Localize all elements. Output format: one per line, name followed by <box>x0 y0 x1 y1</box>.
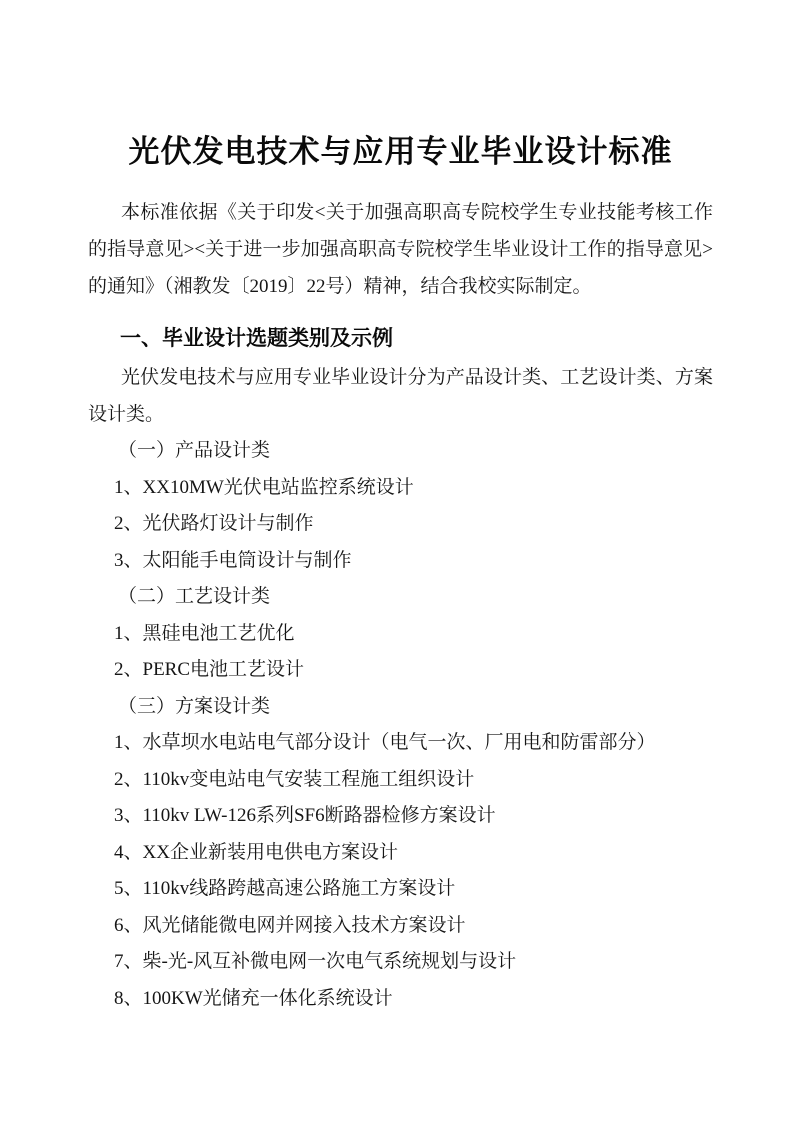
list-item: 3、110kv LW-126系列SF6断路器检修方案设计 <box>88 798 713 835</box>
list-item: 1、水草坝水电站电气部分设计（电气一次、厂用电和防雷部分） <box>88 725 713 762</box>
section-intro-paragraph: 光伏发电技术与应用专业毕业设计分为产品设计类、工艺设计类、方案设计类。 <box>88 359 713 433</box>
category-label: （二）工艺设计类 <box>88 579 713 616</box>
list-item: 2、PERC电池工艺设计 <box>88 652 713 689</box>
list-item: 8、100KW光储充一体化系统设计 <box>88 981 713 1018</box>
list-item: 2、光伏路灯设计与制作 <box>88 506 713 543</box>
list-item: 1、黑硅电池工艺优化 <box>88 616 713 653</box>
list-item: 6、风光储能微电网并网接入技术方案设计 <box>88 908 713 945</box>
list-item: 7、柴-光-风互补微电网一次电气系统规划与设计 <box>88 944 713 981</box>
category-label: （三）方案设计类 <box>88 689 713 726</box>
intro-paragraph: 本标准依据《关于印发<关于加强高职高专院校学生专业技能考核工作的指导意见><关于… <box>88 194 713 305</box>
category-label: （一）产品设计类 <box>88 433 713 470</box>
document-title: 光伏发电技术与应用专业毕业设计标准 <box>88 130 713 174</box>
list-item: 5、110kv线路跨越高速公路施工方案设计 <box>88 871 713 908</box>
list-item: 1、XX10MW光伏电站监控系统设计 <box>88 470 713 507</box>
document-page: 光伏发电技术与应用专业毕业设计标准 本标准依据《关于印发<关于加强高职高专院校学… <box>0 0 793 1122</box>
list-item: 3、太阳能手电筒设计与制作 <box>88 543 713 580</box>
category-product-design: （一）产品设计类 1、XX10MW光伏电站监控系统设计 2、光伏路灯设计与制作 … <box>88 433 713 579</box>
section-heading-topic-categories: 一、毕业设计选题类别及示例 <box>88 319 713 359</box>
list-item: 4、XX企业新装用电供电方案设计 <box>88 835 713 872</box>
list-item: 2、110kv变电站电气安装工程施工组织设计 <box>88 762 713 799</box>
category-process-design: （二）工艺设计类 1、黑硅电池工艺优化 2、PERC电池工艺设计 <box>88 579 713 689</box>
category-scheme-design: （三）方案设计类 1、水草坝水电站电气部分设计（电气一次、厂用电和防雷部分） 2… <box>88 689 713 1018</box>
